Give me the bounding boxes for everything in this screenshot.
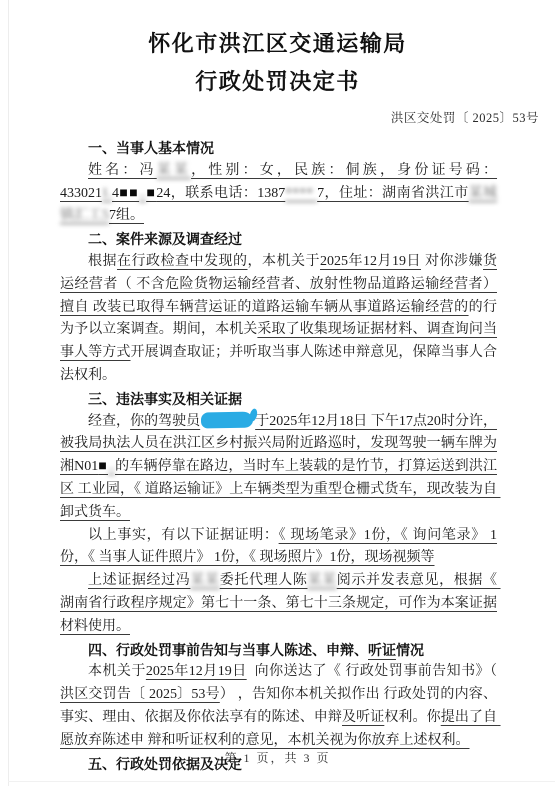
section-3-paragraph-facts: 经查，你的驾驶员于2025年12月18日 下午17点20时分许，被我局执法人员在… <box>60 411 497 525</box>
document-page: 怀化市洪江区交通运输局 行政处罚决定书 洪区交处罚〔 2025〕53号 一、当事… <box>0 0 555 786</box>
text-segment: 委托代理人陈 <box>220 573 308 588</box>
blurred-redaction: .. <box>139 186 146 201</box>
page-left-edge <box>8 0 9 786</box>
text-segment: 根据 <box>88 254 117 269</box>
section-3-paragraph-evidence: 以上事实，有以下证据证明：《 现场笔录》1份，《 询问笔录》 1份，《 当事人证… <box>60 525 497 571</box>
blurred-redaction: 某某 <box>157 163 191 178</box>
document-title-line1: 怀化市洪江区交通运输局 <box>0 25 555 63</box>
document-title-line2: 行政处罚决定书 <box>0 63 555 101</box>
section-3-heading: 三、违法事实及相关证据 <box>60 388 497 411</box>
text-segment: ，本机关于 <box>248 254 321 269</box>
blurred-redaction: 某某 <box>190 573 219 588</box>
text-segment: 情况 <box>396 642 424 658</box>
section-1-heading: 一、当事人基本情况 <box>60 137 497 160</box>
page-bottom-edge <box>8 781 555 782</box>
text-segment: 7，住址：湖南省洪江市 <box>317 186 468 201</box>
text-segment: 权利。你 <box>384 710 440 725</box>
black-redaction-box: ■■ <box>119 186 139 201</box>
section-2-paragraph: 根据在行政检查中发现的，本机关于2025年12月19日 对你涉嫌货运经营者（ 不… <box>60 251 497 388</box>
text-segment: 洪区交罚告〔 2025〕53号 <box>60 687 220 702</box>
text-segment: 2025年12月19日 <box>146 664 247 679</box>
text-segment: 听证 <box>368 642 396 658</box>
section-4-paragraph: 本机关于2025年12月19日 向你送达了《 行政处罚事前告知书》（ 洪区交罚告… <box>60 661 497 752</box>
document-title: 怀化市洪江区交通运输局 行政处罚决定书 <box>0 0 555 101</box>
text-segment: 经查， <box>88 414 130 429</box>
text-segment: 你的驾驶员 <box>130 414 200 429</box>
section-2-heading: 二、案件来源及调查经过 <box>60 228 497 251</box>
black-redaction-box: ■ <box>146 186 156 201</box>
text-segment: 本机关于 <box>88 664 146 679</box>
text-segment: 姓名：冯 <box>88 163 157 178</box>
text-segment: 24，联系电话：1387 <box>156 186 285 201</box>
section-4-heading: 四、行政处罚事前告知与当事人陈述、申辩、听证情况 <box>60 639 497 662</box>
text-segment: 四、行政处罚事前告知与当事人陈述、申辩、 <box>88 642 368 658</box>
text-segment: 上述证据经过冯 <box>88 573 190 588</box>
blue-redaction-mark <box>201 411 253 428</box>
section-1-paragraph: 姓名：冯某某，性别：女，民族：侗族，身份证号码：4330211.4■■..■24… <box>60 160 497 228</box>
text-segment: 对你涉嫌 <box>421 254 483 269</box>
page-footer: 第 1 页，共 3 页 <box>0 749 555 766</box>
section-3-paragraph-review: 上述证据经过冯某某委托代理人陈某某阅示并发表意见，根据《 湖南省行政程序规定》第… <box>60 570 497 638</box>
text-segment: 及听证 <box>342 710 384 725</box>
text-segment: 4 <box>112 186 119 201</box>
text-segment: 7组。 <box>109 208 144 223</box>
blurred-redaction: .. <box>108 459 115 474</box>
text-segment: 向你送达了《 行政处罚事前告知书》（ <box>247 664 501 679</box>
blurred-redaction: 1. <box>102 186 112 201</box>
text-segment: 以上事实，有以下证据证明： <box>88 528 279 543</box>
document-number: 洪区交处罚〔 2025〕53号 <box>0 108 555 126</box>
blurred-redaction: **** <box>285 186 317 201</box>
document-body: 一、当事人基本情况 姓名：冯某某，性别：女，民族：侗族，身份证号码：433021… <box>0 126 555 775</box>
black-redaction-box: ■ <box>98 459 108 474</box>
text-segment: 在行政检查中发现的 <box>117 254 248 269</box>
text-segment: 的车辆停靠在路边，当时车上装载的是竹节，打算运送到洪江区 工业园，《 道路运输证… <box>60 459 501 520</box>
text-segment: 2025年12月19日 <box>320 254 421 269</box>
blurred-redaction: 某某 <box>307 573 336 588</box>
